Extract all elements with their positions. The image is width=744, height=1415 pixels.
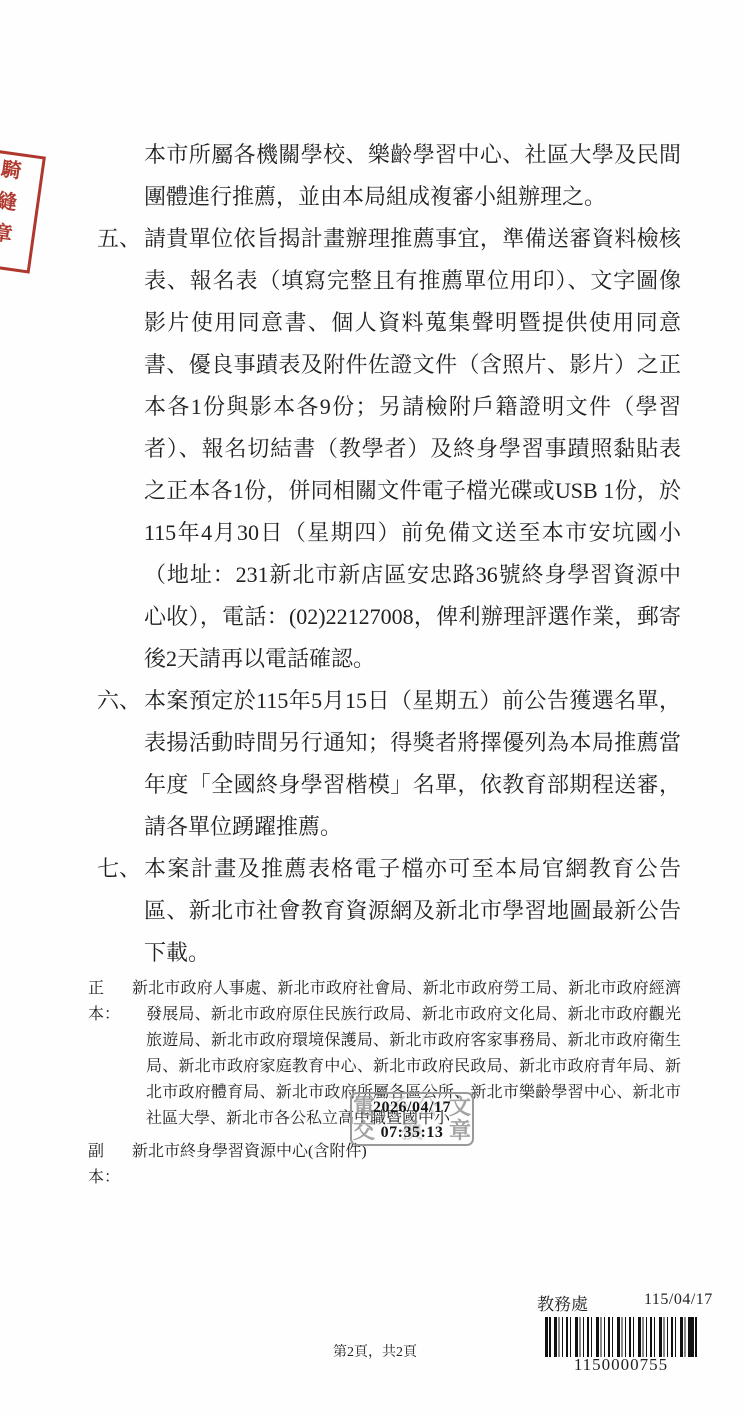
paragraph-continuation: 本市所屬各機關學校、樂齡學習中心、社區大學及民間團體進行推薦，並由本局組成複審小… [144,134,681,218]
list-item-6: 六、 本案預定於115年5月15日（星期五）前公告獲選名單，表揚活動時間另行通知… [97,680,681,848]
barcode [545,1317,697,1357]
document-page: 騎縫章 本市所屬各機關學校、樂齡學習中心、社區大學及民間團體進行推薦，並由本局組… [0,0,744,1415]
item-text: 本案預定於115年5月15日（星期五）前公告獲選名單，表揚活動時間另行通知；得獎… [144,680,681,848]
copy-recipients: 新北市終身學習資源中心(含附件) [132,1139,367,1191]
list-item-5: 五、 請貴單位依旨揭計畫辦理推薦事宜，準備送審資料檢核表、報名表（填寫完整且有推… [97,218,681,680]
recipients-block: 正本： 新北市政府人事處、新北市政府社會局、新北市政府勞工局、新北市政府經濟發展… [88,976,681,1191]
document-body: 本市所屬各機關學校、樂齡學習中心、社區大學及民間團體進行推薦，並由本局組成複審小… [97,134,681,1191]
exchange-stamp: 電 子 公 文 交 換 章 2026/04/17 07:35:13 [350,1092,474,1146]
item-number: 六、 [97,680,144,848]
seam-stamp: 騎縫章 [0,148,46,273]
item-number: 五、 [97,218,144,680]
seam-stamp-text: 騎縫章 [0,157,25,256]
exchange-stamp-time: 07:35:13 [352,1120,472,1145]
department-name: 教務處 [537,1290,588,1315]
list-item-7: 七、 本案計畫及推薦表格電子檔亦可至本局官網教育公告區、新北市社會教育資源網及新… [97,848,681,974]
barcode-number: 1150000755 [545,1355,697,1375]
exchange-stamp-date: 2026/04/17 [352,1095,472,1120]
original-label: 正本： [88,976,132,1132]
footer-date: 115/04/17 [644,1291,713,1309]
page-number: 第2頁，共2頁 [295,1341,455,1361]
item-text: 請貴單位依旨揭計畫辦理推薦事宜，準備送審資料檢核表、報名表（填寫完整且有推薦單位… [144,218,681,680]
copy-label: 副本： [88,1139,132,1191]
copy-recipients-row: 副本： 新北市終身學習資源中心(含附件) [88,1139,681,1191]
item-text: 本案計畫及推薦表格電子檔亦可至本局官網教育公告區、新北市社會教育資源網及新北市學… [144,848,681,974]
item-number: 七、 [97,848,144,974]
